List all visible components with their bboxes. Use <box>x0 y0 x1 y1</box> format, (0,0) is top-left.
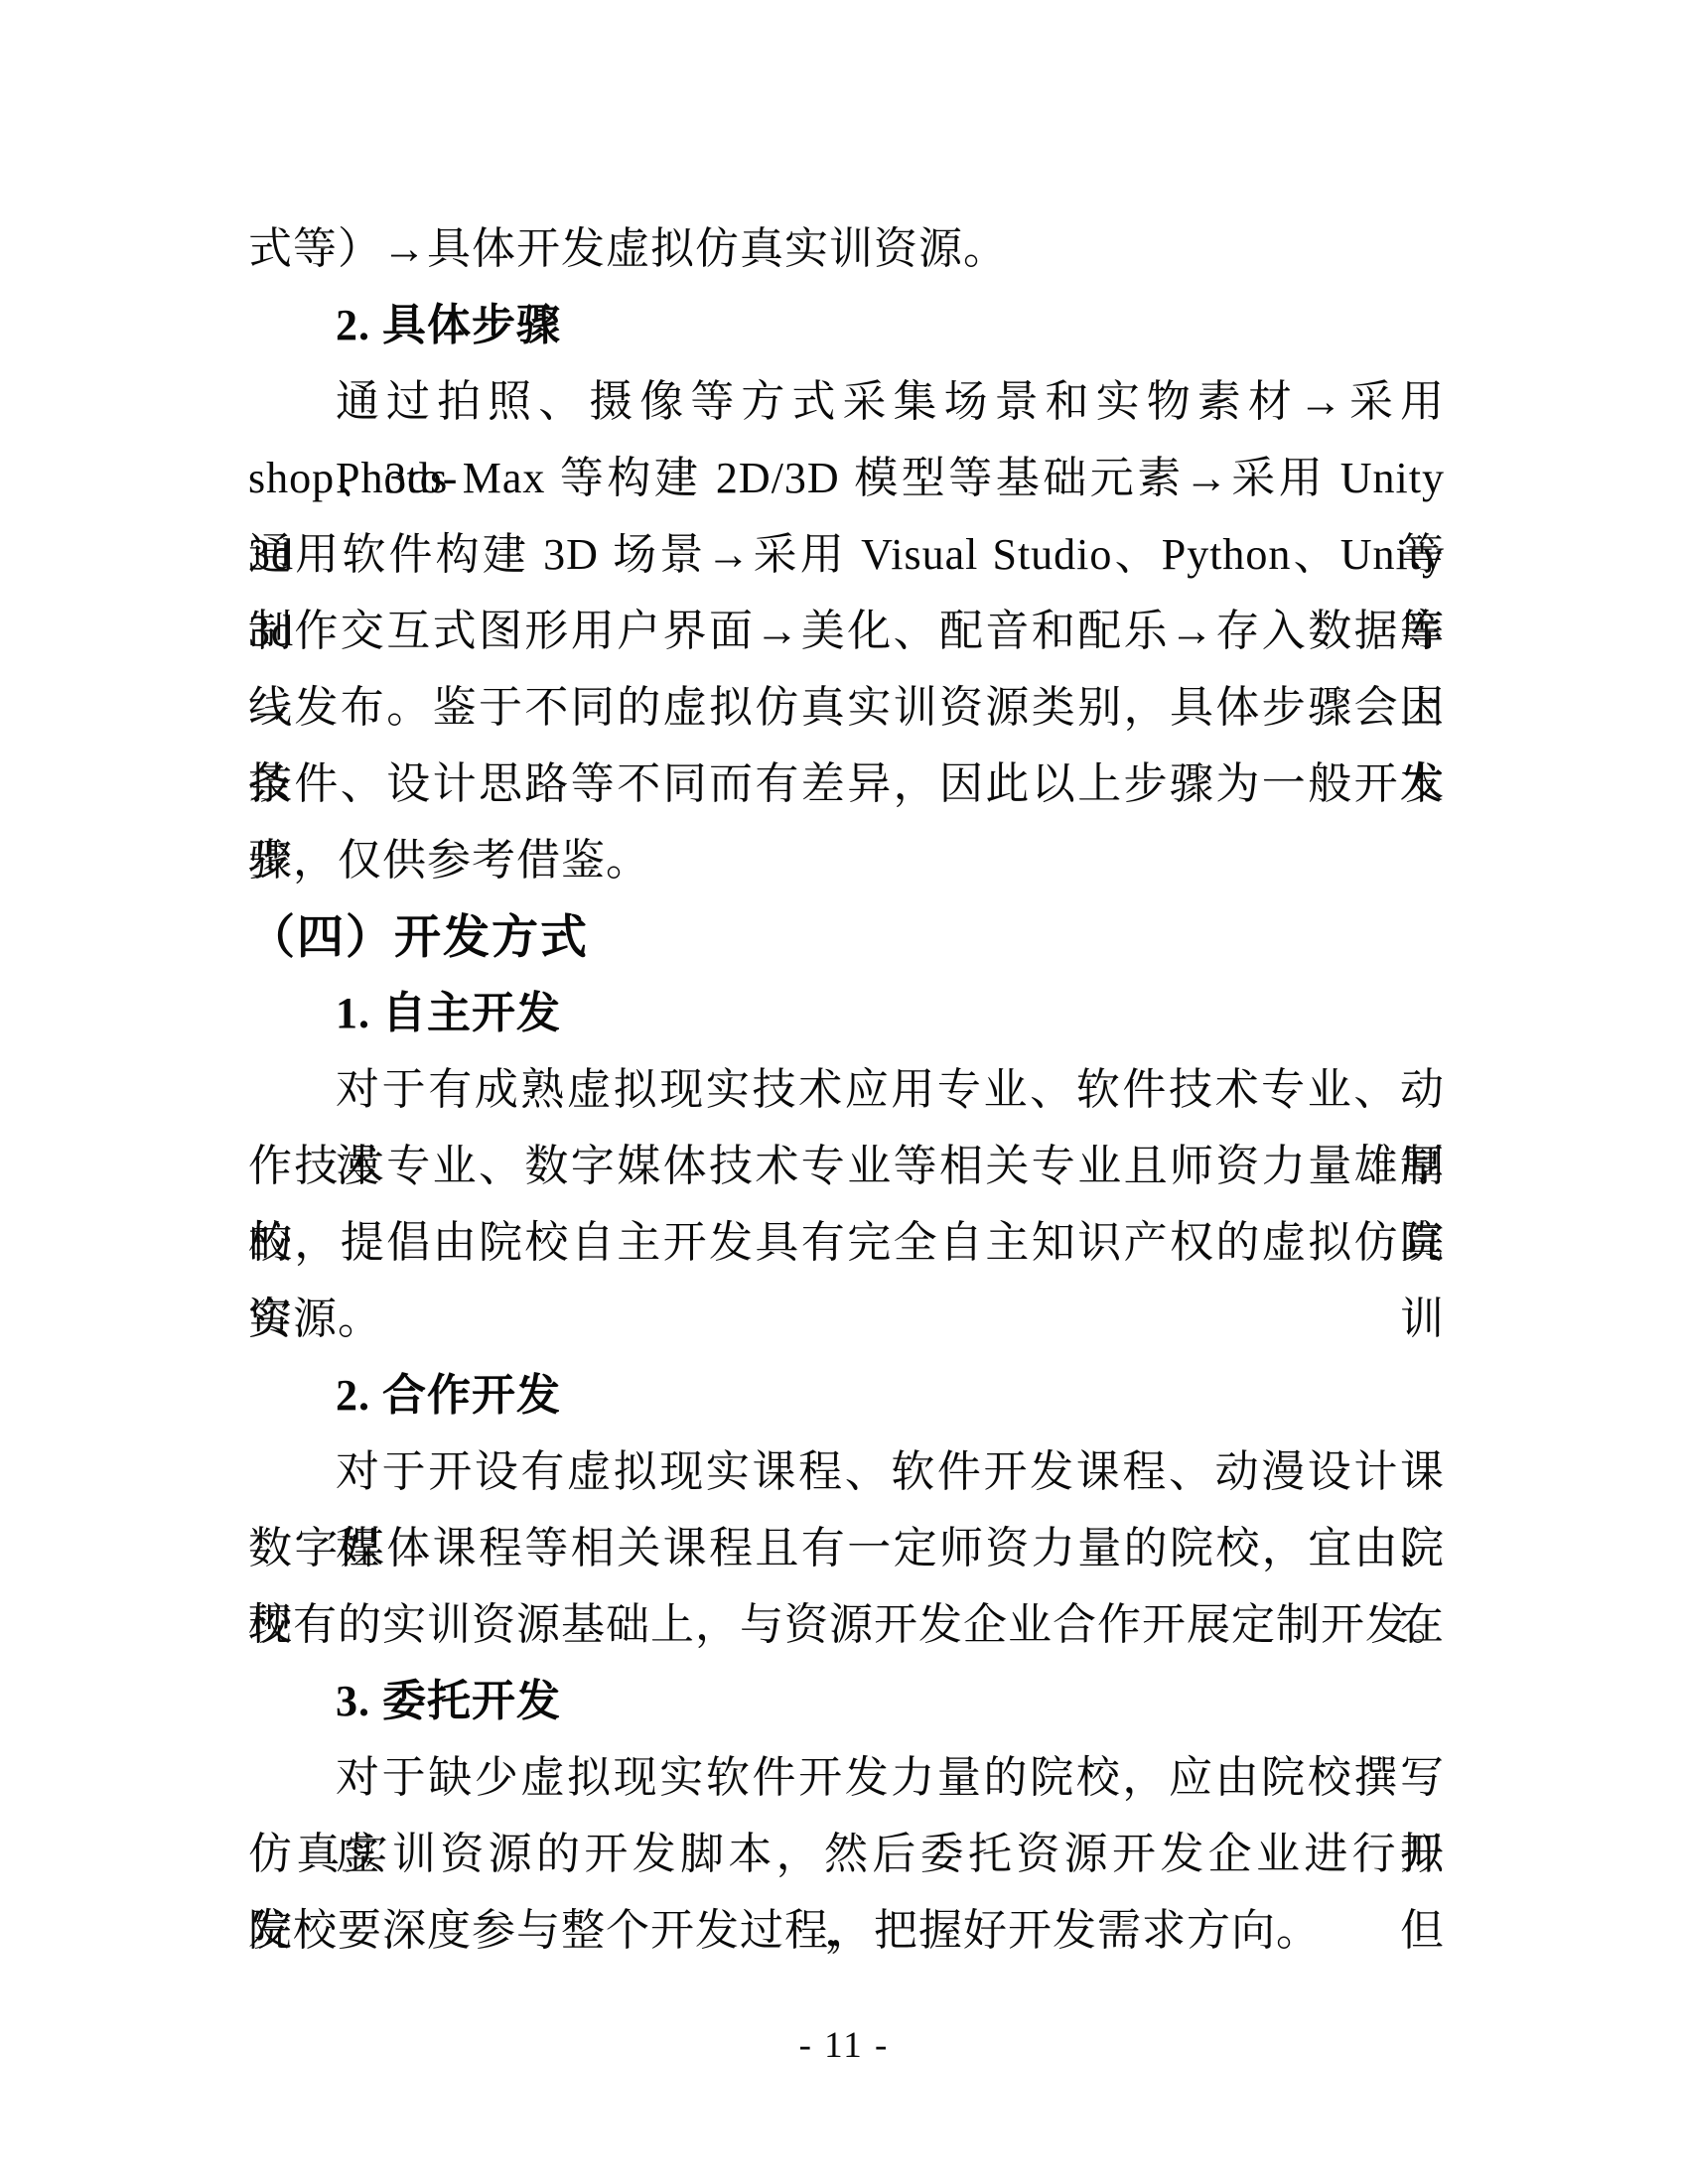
section-heading: （四）开发方式 <box>248 898 1445 975</box>
text-line: 数字媒体课程等相关课程且有一定师资力量的院校，宜由院校在 <box>248 1510 1445 1586</box>
text-line: 院校要深度参与整个开发过程，把握好开发需求方向。 <box>248 1892 1445 1969</box>
text-line: 仿真实训资源的开发脚本，然后委托资源开发企业进行开发，但 <box>248 1816 1445 1892</box>
text-line: shop、3ds Max 等构建 2D/3D 模型等基础元素→采用 Unity … <box>248 440 1445 516</box>
text-line: 线发布。鉴于不同的虚拟仿真实训资源类别，具体步骤会因技术 <box>248 669 1445 746</box>
text-line: 对于有成熟虚拟现实技术应用专业、软件技术专业、动漫制 <box>248 1051 1445 1128</box>
document-page: 式等）→具体开发虚拟仿真实训资源。 2. 具体步骤 通过拍照、摄像等方式采集场景… <box>0 0 1688 2184</box>
text-line: 作技术专业、数字媒体技术专业等相关专业且师资力量雄厚的院 <box>248 1128 1445 1204</box>
page-number: - 11 - <box>0 2020 1688 2072</box>
text-line: 现有的实训资源基础上，与资源开发企业合作开展定制开发。 <box>248 1586 1445 1663</box>
text-line: 对于开设有虚拟现实课程、软件开发课程、动漫设计课程、 <box>248 1433 1445 1510</box>
sub-heading: 2. 具体步骤 <box>248 287 1445 363</box>
sub-heading: 1. 自主开发 <box>248 975 1445 1051</box>
text-line: 骤，仅供参考借鉴。 <box>248 822 1445 898</box>
text-line: 式等）→具体开发虚拟仿真实训资源。 <box>248 210 1445 287</box>
text-line: 制作交互式图形用户界面→美化、配音和配乐→存入数据库→上 <box>248 593 1445 669</box>
text-line: 通过拍照、摄像等方式采集场景和实物素材→采用 Photo- <box>248 363 1445 440</box>
text-line: 条件、设计思路等不同而有差异，因此以上步骤为一般开发步 <box>248 746 1445 822</box>
text-line: 对于缺少虚拟现实软件开发力量的院校，应由院校撰写虚拟 <box>248 1739 1445 1816</box>
sub-heading: 2. 合作开发 <box>248 1357 1445 1433</box>
document-body: 式等）→具体开发虚拟仿真实训资源。 2. 具体步骤 通过拍照、摄像等方式采集场景… <box>248 0 1445 1969</box>
text-line: 通用软件构建 3D 场景→采用 Visual Studio、Python、Uni… <box>248 516 1445 593</box>
text-line: 校，提倡由院校自主开发具有完全自主知识产权的虚拟仿真实训 <box>248 1204 1445 1281</box>
sub-heading: 3. 委托开发 <box>248 1663 1445 1739</box>
